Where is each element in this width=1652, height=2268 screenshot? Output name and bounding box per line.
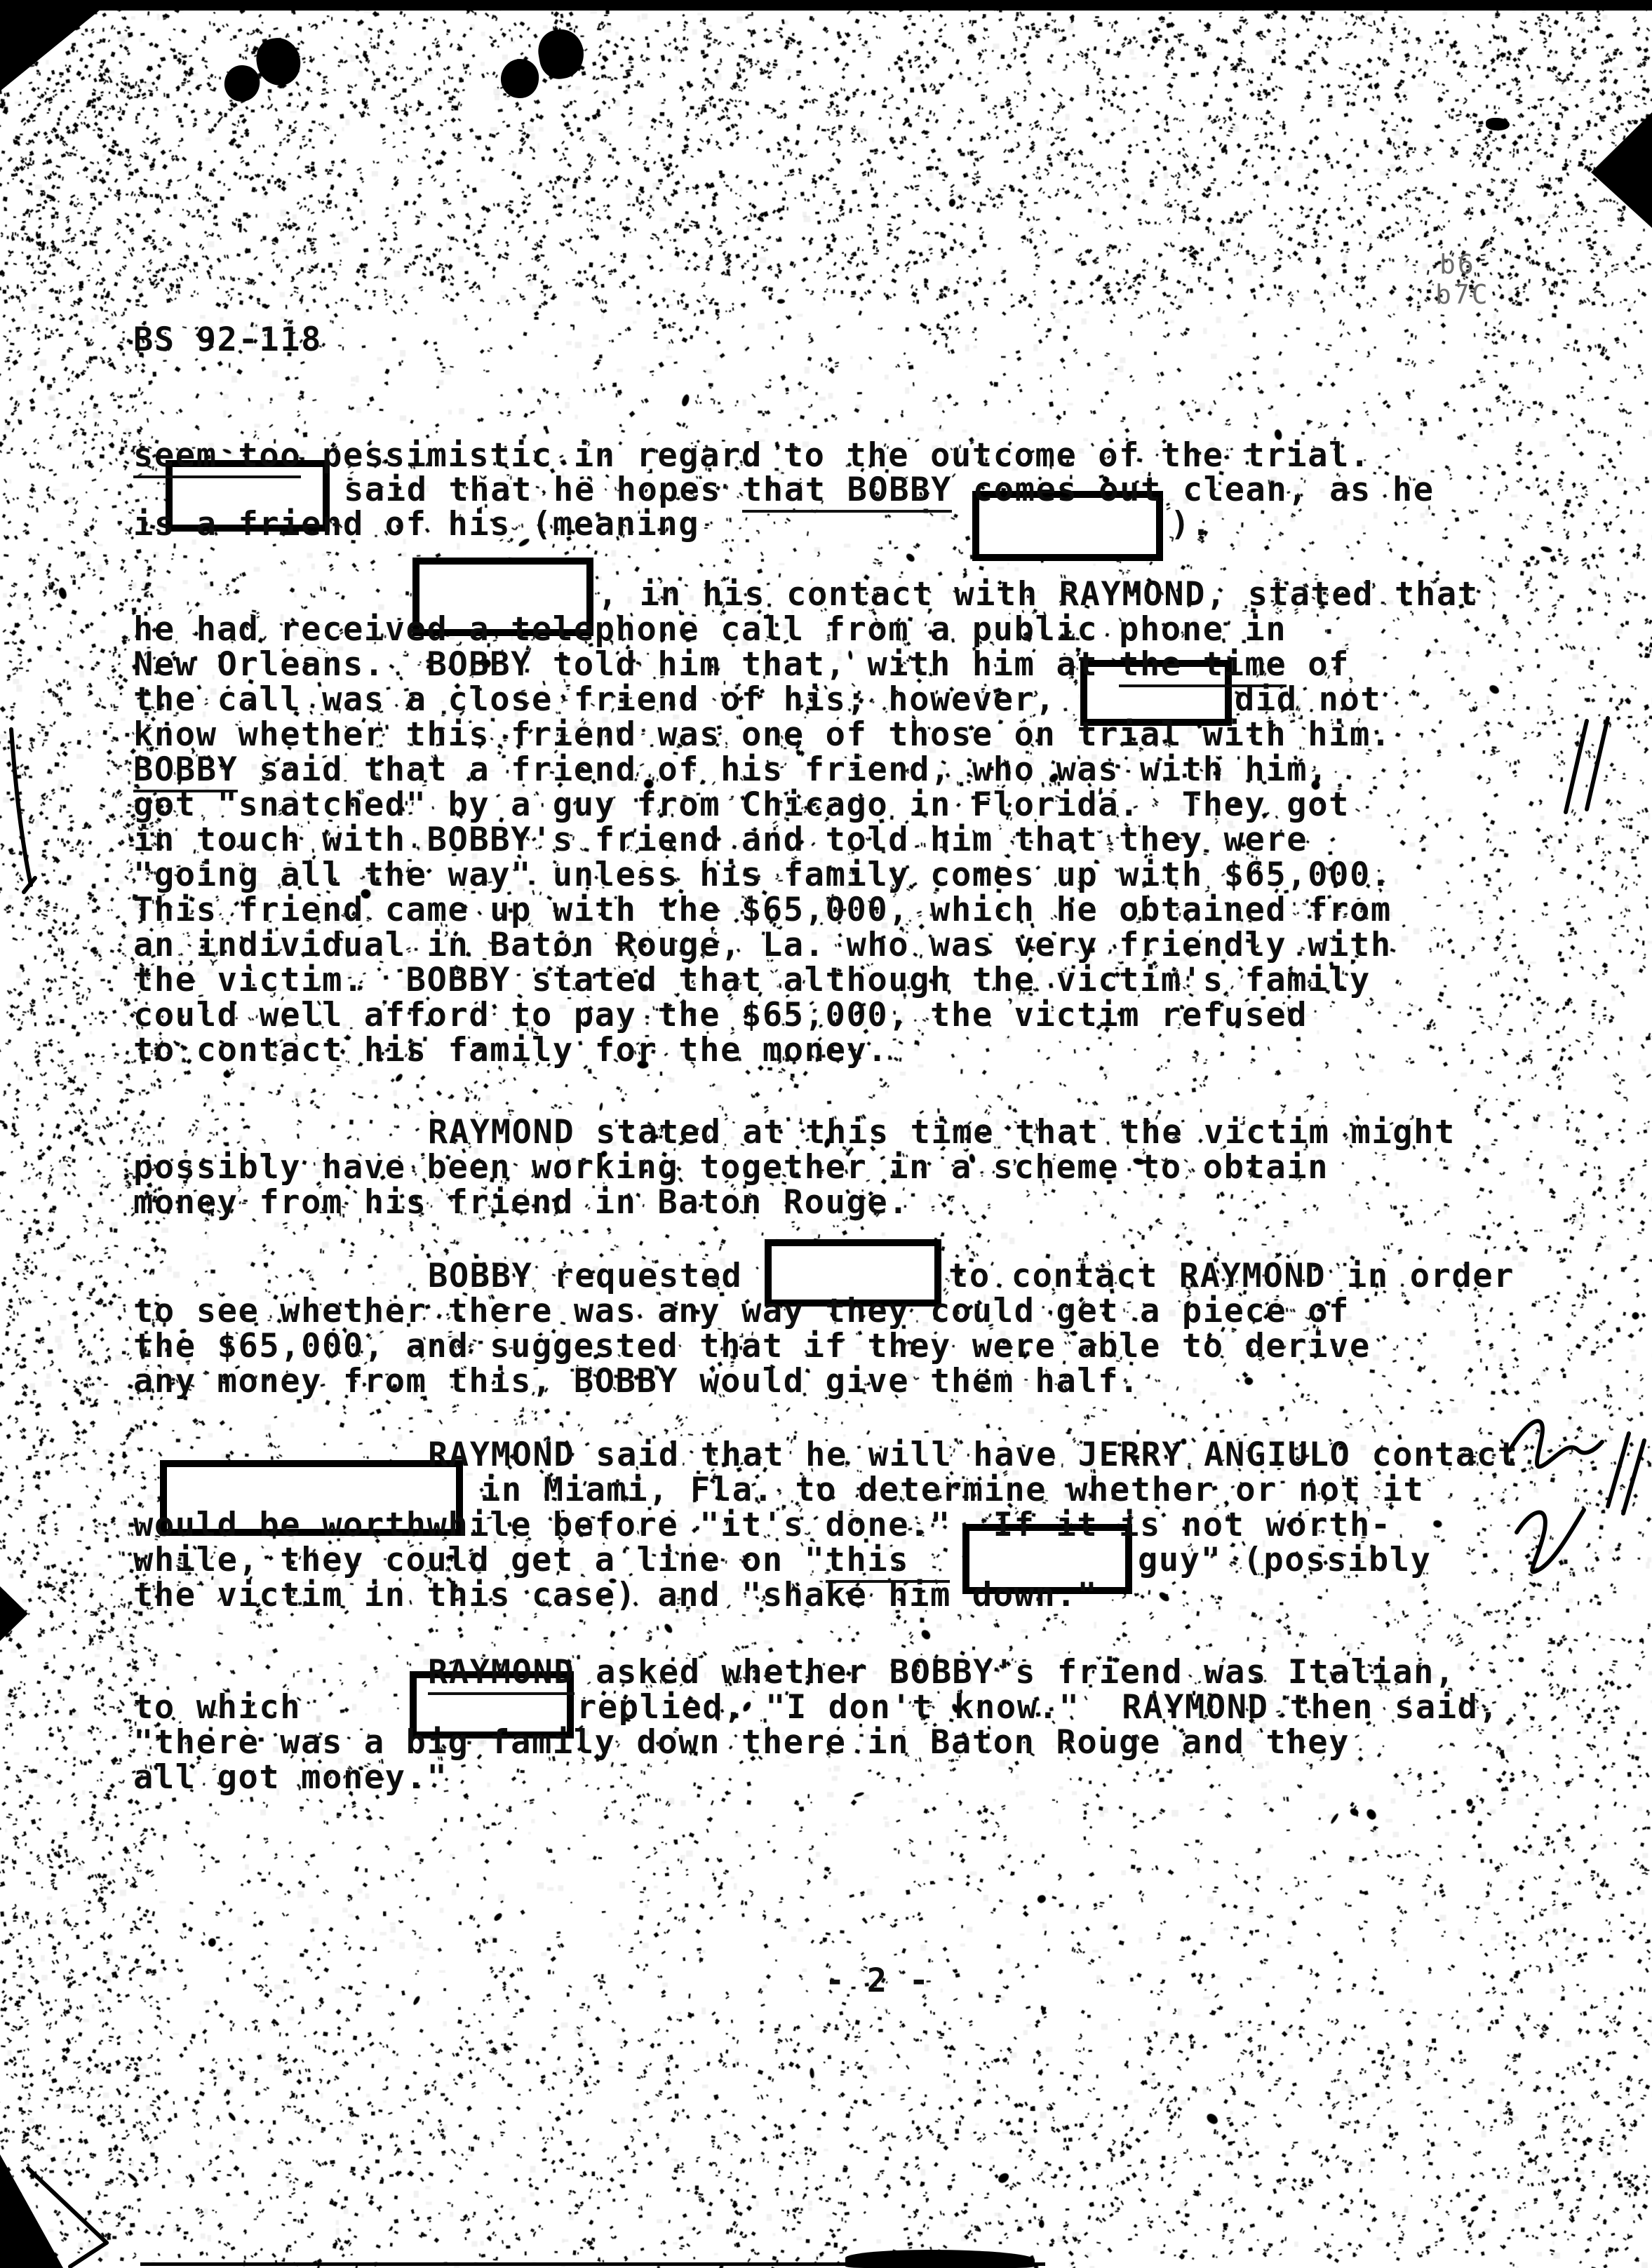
underlined-text: seem too [133, 436, 301, 478]
document-line: RAYMOND said that he will have JERRY ANG… [428, 1438, 1519, 1473]
line-text: said that he hopes [344, 471, 742, 509]
line-text: of [1287, 645, 1350, 684]
document-line: ). [1170, 507, 1212, 542]
document-line: the victim in this case) and "shake him … [133, 1578, 1098, 1613]
document-line: in touch with BOBBY's friend and told hi… [133, 823, 1308, 858]
document-line: New Orleans. BOBBY told him that, with h… [133, 647, 1350, 682]
line-text: asked whether BOBBY's friend was Italian… [575, 1653, 1456, 1692]
document-line: said that he hopes that BOBBY comes out … [344, 473, 1435, 508]
document-line: "there was a big family down there in Ba… [133, 1725, 1350, 1760]
document-line: could well afford to pay the $65,000, th… [133, 998, 1308, 1033]
document-line: is a friend of his (meaning [133, 507, 699, 542]
line-text: comes out clean, as he [952, 471, 1435, 509]
line-text: while, they could get a line on " [133, 1541, 826, 1579]
line-text: said that a friend of his friend, who wa… [238, 750, 1329, 789]
document-line: BOBBY requested [428, 1259, 742, 1294]
document-line: This friend came up with the $65,000, wh… [133, 893, 1392, 928]
document-line: seem too pessimistic in regard to the ou… [133, 438, 1371, 473]
document-line: would be worthwhile before "it's done." … [133, 1508, 1392, 1543]
document-line: an individual in Baton Rouge, La. who wa… [133, 928, 1392, 963]
classification-marking-b7c: b7C [1435, 279, 1490, 310]
document-line: know whether this friend was one of thos… [133, 717, 1392, 752]
scan-edge-top-bar [0, 0, 1652, 11]
document-line: "going all the way" unless his family co… [133, 858, 1392, 893]
document-line: to see whether there was any way they co… [133, 1294, 1350, 1329]
classification-marking-b6: b6 [1439, 249, 1476, 280]
underlined-text: RAYMOND [428, 1653, 575, 1695]
document-line: the victim. BOBBY stated that although t… [133, 963, 1371, 998]
scanned-document-page: { "page": { "case_number": "BS 92-118", … [0, 0, 1652, 2268]
document-line: to contact RAYMOND in order [948, 1259, 1515, 1294]
document-line: the $65,000, and suggested that if they … [133, 1329, 1371, 1364]
document-line: in Miami, Fla. to determine whether or n… [481, 1473, 1424, 1508]
document-line: RAYMOND asked whether BOBBY's friend was… [428, 1655, 1456, 1690]
scan-edge-bottom-blob [845, 2250, 1035, 2268]
document-line: replied, "I don't know." RAYMOND then sa… [577, 1690, 1499, 1725]
document-line: possibly have been working together in a… [133, 1150, 1329, 1185]
document-line: RAYMOND stated at this time that the vic… [428, 1115, 1456, 1150]
document-line: any money from this, BOBBY would give th… [133, 1364, 1140, 1399]
document-line: , in his contact with RAYMOND, stated th… [598, 577, 1479, 612]
case-number: BS 92-118 [133, 323, 322, 358]
document-line: got "snatched" by a guy from Chicago in … [133, 788, 1350, 823]
document-line: to contact his family for the money. [133, 1033, 888, 1068]
ink-blob-small [1486, 118, 1510, 130]
document-line: money from his friend in Baton Rouge. [133, 1185, 909, 1220]
document-line: he had received a telephone call from a … [133, 612, 1287, 647]
document-line: to which [133, 1690, 301, 1725]
document-line: guy" (possibly [1138, 1543, 1432, 1578]
document-line: BOBBY said that a friend of his friend, … [133, 752, 1329, 788]
underlined-text: that BOBBY [742, 471, 952, 513]
document-line: did not [1235, 682, 1381, 717]
line-text: pessimistic in regard to the outcome of … [301, 436, 1371, 475]
document-line: while, they could get a line on "this [133, 1543, 950, 1578]
document-line: all got money." [133, 1760, 448, 1795]
document-line: the call was a close friend of his; howe… [133, 682, 1077, 717]
page-number: - 2 - [825, 1964, 929, 1999]
line-text: New Orleans. BOBBY told him that, with h… [133, 645, 1119, 684]
